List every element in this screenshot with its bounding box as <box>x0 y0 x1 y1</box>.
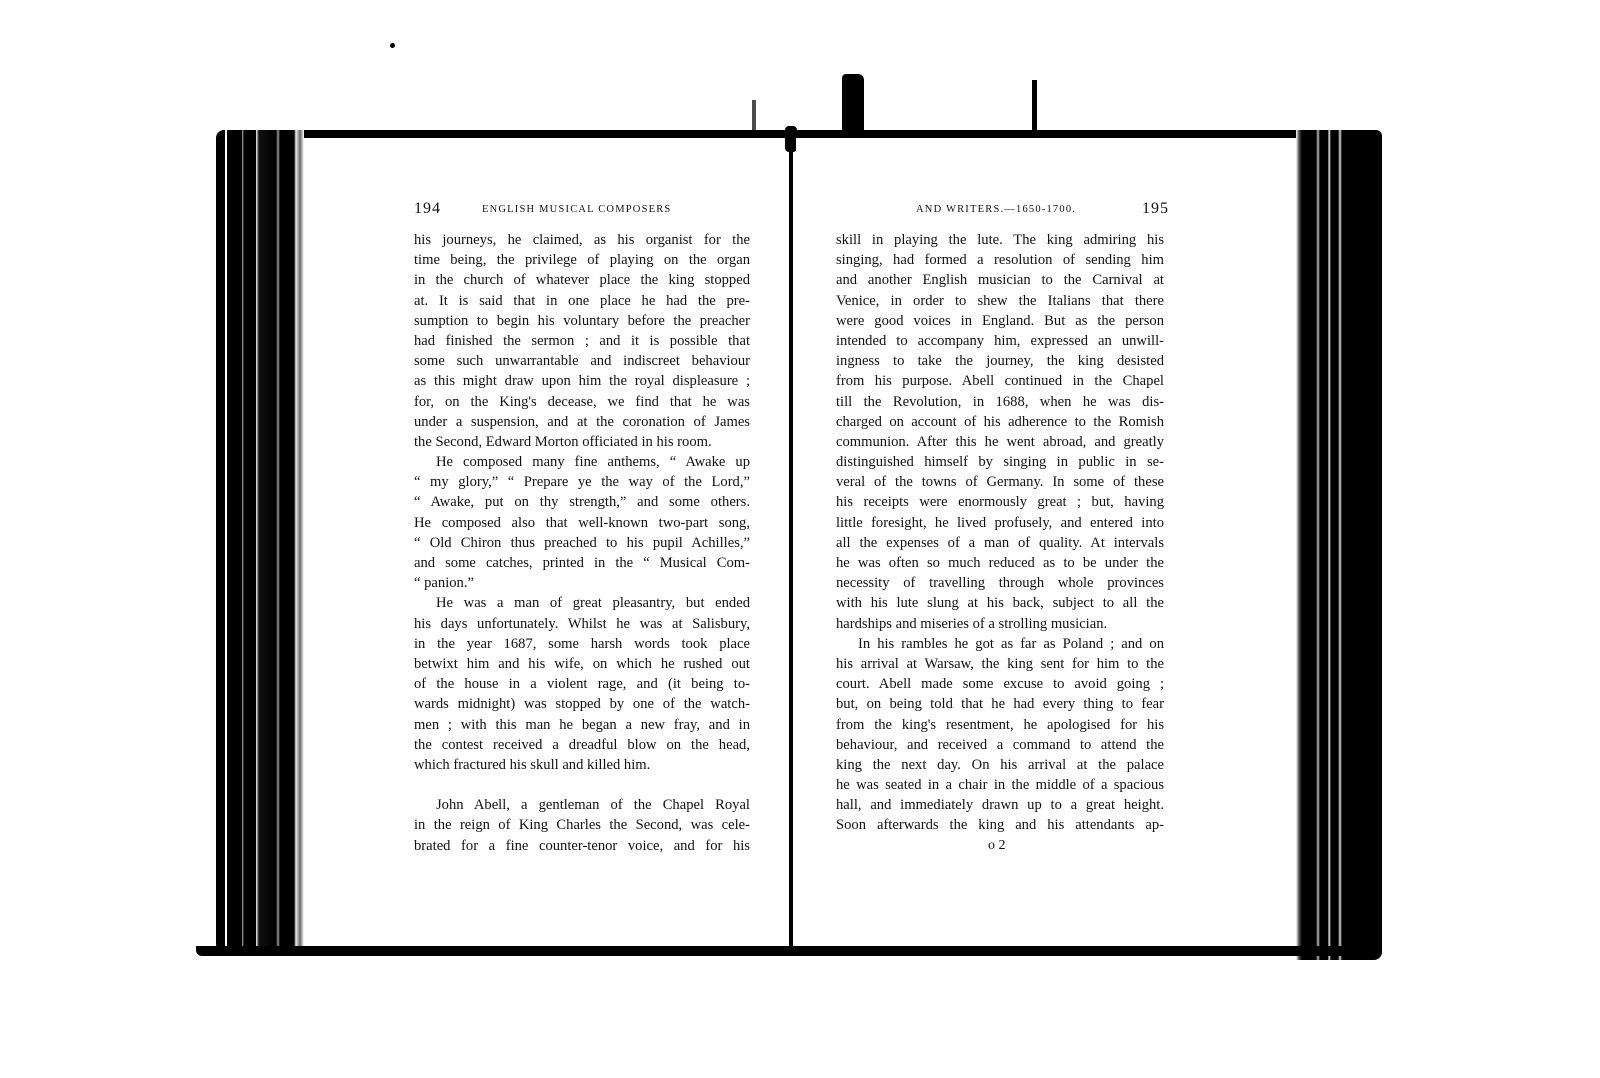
text-line: his receipts were enormously great ; but… <box>836 492 1164 512</box>
text-line: He was a man of great pleasantry, but en… <box>414 593 750 613</box>
book-gutter <box>789 130 793 952</box>
text-line: Venice, in order to shew the Italians th… <box>836 291 1164 311</box>
text-line: with his lute slung at his back, subject… <box>836 593 1164 613</box>
text-line: communion. After this he went abroad, an… <box>836 432 1164 452</box>
text-line: little foresight, he lived profusely, an… <box>836 513 1164 533</box>
text-line: the Second, Edward Morton officiated in … <box>414 432 750 452</box>
text-line: from the king's resentment, he apologise… <box>836 715 1164 735</box>
text-line: ingness to take the journey, the king de… <box>836 351 1164 371</box>
book-top-edge <box>222 130 1382 138</box>
text-line: veral of the towns of Germany. In some o… <box>836 472 1164 492</box>
text-line: charged on account of his adherence to t… <box>836 412 1164 432</box>
text-line: singing, had formed a resolution of send… <box>836 250 1164 270</box>
text-line: king the next day. On his arrival at the… <box>836 755 1164 775</box>
text-line: “ Old Chiron thus preached to his pupil … <box>414 533 750 553</box>
text-line: were good voices in England. But as the … <box>836 311 1164 331</box>
text-line: brated for a fine counter-tenor voice, a… <box>414 836 750 856</box>
book-page-edges-left <box>216 130 304 952</box>
text-line: at. It is said that in one place he had … <box>414 291 750 311</box>
text-line: “ my glory,” “ Prepare ye the way of the… <box>414 472 750 492</box>
text-line: distinguished himself by singing in publ… <box>836 452 1164 472</box>
right-running-head: AND WRITERS.—1650-1700. 195 <box>836 204 1168 222</box>
text-line: in the year 1687, some harsh words took … <box>414 634 750 654</box>
bookmark-ribbon-wide <box>842 74 864 132</box>
right-page: AND WRITERS.—1650-1700. 195 skill in pla… <box>796 138 1296 946</box>
text-line: behaviour, and received a command to att… <box>836 735 1164 755</box>
text-line: necessity of travelling through whole pr… <box>836 573 1164 593</box>
left-page: 194 ENGLISH MUSICAL COMPOSERS his journe… <box>304 138 792 946</box>
text-line: he was seated in a chair in the middle o… <box>836 775 1164 795</box>
left-page-body: his journeys, he claimed, as his organis… <box>414 230 750 856</box>
text-line: betwixt him and his wife, on which he ru… <box>414 654 750 674</box>
text-line: for, on the King's decease, we find that… <box>414 392 750 412</box>
text-line: under a suspension, and at the coronatio… <box>414 412 750 432</box>
left-running-head: 194 ENGLISH MUSICAL COMPOSERS <box>414 204 774 222</box>
text-line: intended to accompany him, expressed an … <box>836 331 1164 351</box>
text-line: had finished the sermon ; and it is poss… <box>414 331 750 351</box>
text-line: some such unwarrantable and indiscreet b… <box>414 351 750 371</box>
bookmark-ribbon-thin <box>752 100 756 132</box>
text-line: hall, and immediately drawn up to a grea… <box>836 795 1164 815</box>
text-line: the contest received a dreadful blow on … <box>414 735 750 755</box>
text-line: but, on being told that he had every thi… <box>836 694 1164 714</box>
text-line: He composed also that well-known two-par… <box>414 513 750 533</box>
text-line: and another English musician to the Carn… <box>836 270 1164 290</box>
scan-speck <box>390 43 395 48</box>
text-line: sumption to begin his voluntary before t… <box>414 311 750 331</box>
text-line: and some catches, printed in the “ Music… <box>414 553 750 573</box>
text-line: he was often so much reduced as to be un… <box>836 553 1164 573</box>
text-line: as this might draw upon him the royal di… <box>414 371 750 391</box>
book-page-edges-right <box>1296 130 1382 960</box>
text-line: time being, the privilege of playing on … <box>414 250 750 270</box>
text-line: his arrival at Warsaw, the king sent for… <box>836 654 1164 674</box>
right-folio: 195 <box>1142 200 1169 218</box>
right-page-body: skill in playing the lute. The king admi… <box>836 230 1164 836</box>
text-line: which fractured his skull and killed him… <box>414 755 750 775</box>
text-line: his days unfortunately. Whilst he was at… <box>414 614 750 634</box>
signature-mark: o 2 <box>988 838 1006 854</box>
text-line: of the house in a violent rage, and (it … <box>414 674 750 694</box>
text-line: “ Awake, put on thy strength,” and some … <box>414 492 750 512</box>
text-line: In his rambles he got as far as Poland ;… <box>836 634 1164 654</box>
text-line: hardships and miseries of a strolling mu… <box>836 614 1164 634</box>
text-line: till the Revolution, in 1688, when he wa… <box>836 392 1164 412</box>
text-line: John Abell, a gentleman of the Chapel Ro… <box>414 795 750 815</box>
left-running-title: ENGLISH MUSICAL COMPOSERS <box>482 204 671 215</box>
text-line: wards midnight) was stopped by one of th… <box>414 694 750 714</box>
right-running-title: AND WRITERS.—1650-1700. <box>916 204 1076 215</box>
text-line: his journeys, he claimed, as his organis… <box>414 230 750 250</box>
text-line: skill in playing the lute. The king admi… <box>836 230 1164 250</box>
text-line: Soon afterwards the king and his attenda… <box>836 815 1164 835</box>
bookmark-ribbon-narrow <box>1032 80 1037 132</box>
text-line: court. Abell made some excuse to avoid g… <box>836 674 1164 694</box>
left-folio: 194 <box>414 200 441 218</box>
text-line: in the church of whatever place the king… <box>414 270 750 290</box>
text-line: all the expenses of a man of quality. At… <box>836 533 1164 553</box>
text-line: He composed many fine anthems, “ Awake u… <box>414 452 750 472</box>
text-line: from his purpose. Abell continued in the… <box>836 371 1164 391</box>
text-line: men ; with this man he began a new fray,… <box>414 715 750 735</box>
text-line: “ panion.” <box>414 573 750 593</box>
text-line: in the reign of King Charles the Second,… <box>414 815 750 835</box>
paragraph-gap <box>414 775 750 795</box>
